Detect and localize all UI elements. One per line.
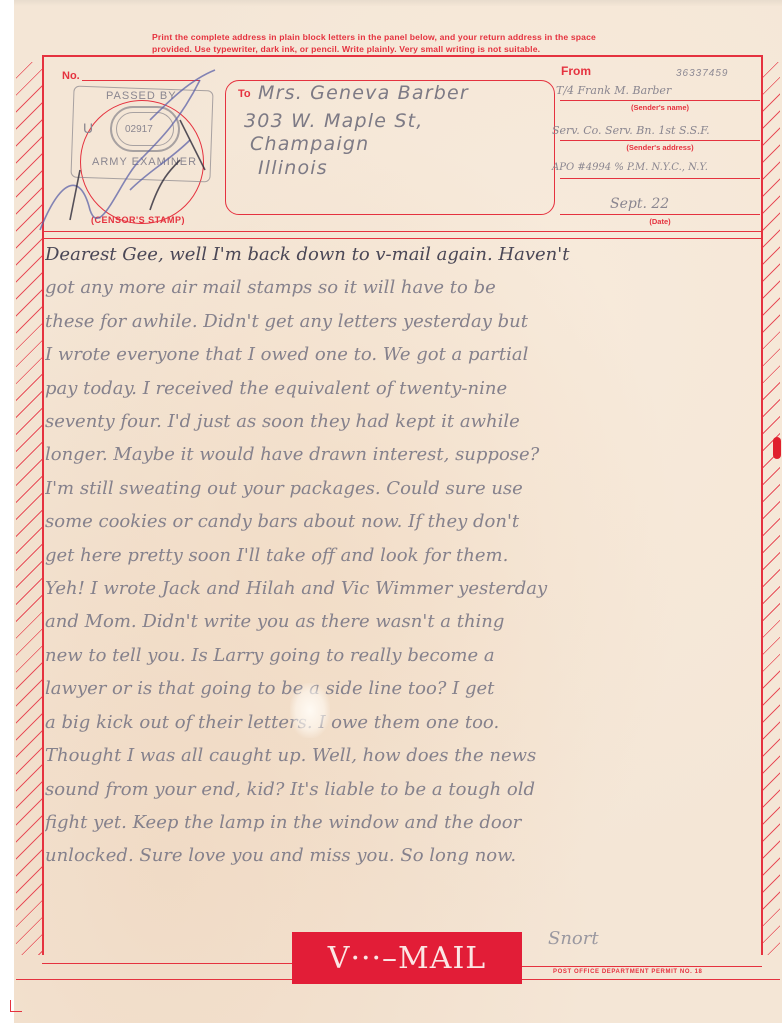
letter-line: got any more air mail stamps so it will … — [45, 271, 765, 304]
to-label: To — [238, 88, 251, 100]
form-instructions: Print the complete address in plain bloc… — [152, 31, 712, 55]
number-label: No. — [62, 70, 80, 82]
header-divider-1 — [42, 231, 762, 232]
stamp-letter: U — [83, 120, 93, 136]
sender-name-line — [560, 100, 760, 101]
recipient-name: Mrs. Geneva Barber — [258, 82, 469, 104]
left-margin-line — [42, 55, 44, 955]
recipient-city: Champaign — [250, 133, 369, 155]
letter-line: these for awhile. Didn't get any letters… — [45, 305, 765, 338]
censor-stamp-caption: (CENSOR'S STAMP) — [91, 215, 185, 225]
recipient-state: Illinois — [258, 157, 328, 179]
sender-name-caption: (Sender's name) — [560, 103, 760, 112]
letter-signature: Snort — [548, 928, 599, 949]
paper-stain — [290, 683, 330, 738]
letter-line: pay today. I received the equivalent of … — [45, 372, 765, 405]
sender-address-caption: (Sender's address) — [560, 143, 760, 152]
letter-line: new to tell you. Is Larry going to reall… — [45, 639, 765, 672]
sender-apo: APO #4994 % P.M. N.Y.C., N.Y. — [552, 162, 708, 173]
footer-line-2 — [522, 966, 762, 967]
letter-line: and Mom. Didn't write you as there wasn'… — [45, 605, 765, 638]
vmail-logo: V···–MAIL — [292, 932, 522, 984]
date-line — [560, 214, 760, 215]
stamp-number: 02917 — [125, 124, 153, 135]
letter-line: Thought I was all caught up. Well, how d… — [45, 739, 765, 772]
letter-line: Dearest Gee, well I'm back down to v-mai… — [45, 238, 765, 271]
corner-mark — [10, 1011, 22, 1012]
letter-line: unlocked. Sure love you and miss you. So… — [45, 839, 765, 872]
postal-permit-text: POST OFFICE DEPARTMENT PERMIT NO. 18 — [553, 969, 703, 975]
from-label: From — [561, 64, 591, 78]
header-top-line — [42, 55, 762, 57]
sender-address-line — [560, 140, 760, 141]
sender-serial-number: 36337459 — [676, 68, 729, 79]
stamp-passed-text: PASSED BY — [106, 90, 177, 102]
sender-apo-line — [560, 178, 760, 179]
recipient-street: 303 W. Maple St, — [244, 110, 423, 132]
stamp-examiner-text: ARMY EXAMINER — [92, 156, 197, 168]
red-ink-blot — [773, 437, 781, 459]
date-caption: (Date) — [560, 217, 760, 226]
left-hatched-margin — [16, 62, 42, 955]
instructions-line-2: provided. Use typewriter, dark ink, or p… — [152, 43, 712, 55]
letter-line: fight yet. Keep the lamp in the window a… — [45, 806, 765, 839]
sender-address: Serv. Co. Serv. Bn. 1st S.S.F. — [552, 124, 710, 137]
letter-line: lawyer or is that going to be a side lin… — [45, 672, 765, 705]
footer-line-1 — [42, 963, 292, 964]
letter-line: get here pretty soon I'll take off and l… — [45, 539, 765, 572]
letter-body: Dearest Gee, well I'm back down to v-mai… — [45, 238, 765, 873]
letter-line: I wrote everyone that I owed one to. We … — [45, 338, 765, 371]
letter-line: Yeh! I wrote Jack and Hilah and Vic Wimm… — [45, 572, 765, 605]
letter-line: I'm still sweating out your packages. Co… — [45, 472, 765, 505]
number-field-line — [82, 80, 200, 81]
letter-line: sound from your end, kid? It's liable to… — [45, 773, 765, 806]
letter-line: seventy four. I'd just as soon they had … — [45, 405, 765, 438]
letter-line: a big kick out of their letters. I owe t… — [45, 706, 765, 739]
instructions-line-1: Print the complete address in plain bloc… — [152, 31, 712, 43]
sender-name: T/4 Frank M. Barber — [556, 84, 671, 97]
letter-line: some cookies or candy bars about now. If… — [45, 505, 765, 538]
letter-date: Sept. 22 — [610, 196, 669, 212]
letter-line: longer. Maybe it would have drawn intere… — [45, 438, 765, 471]
paper-edge — [14, 0, 782, 6]
